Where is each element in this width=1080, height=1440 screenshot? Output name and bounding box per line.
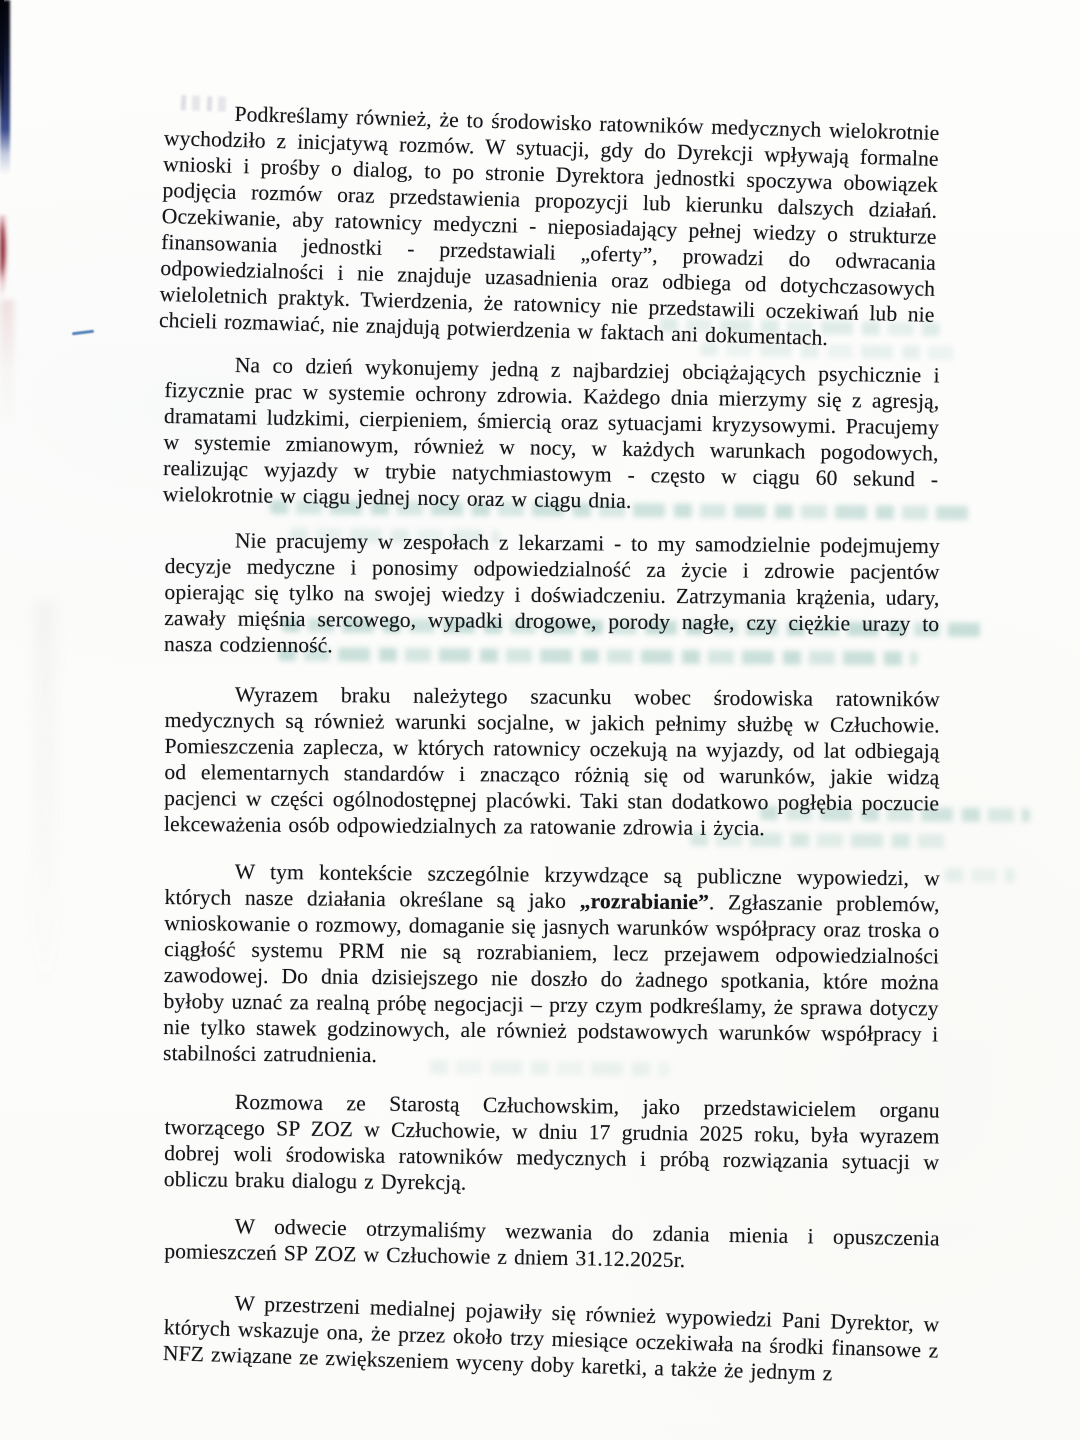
paragraph-media-statements: W przestrzeni medialnej pojawiły się rów… [163, 1288, 940, 1390]
paragraph-text: Rozmowa ze Starostą Człuchowskim, jako p… [164, 1090, 940, 1195]
paragraph-text: W przestrzeni medialnej pojawiły się rów… [163, 1291, 940, 1385]
paragraph-independent-medical-decisions: Nie pracujemy w zespołach z lekarzami - … [164, 527, 940, 663]
paragraph-text: W odwecie otrzymaliśmy wezwania do zdani… [164, 1214, 940, 1272]
paragraph-eviction-notice: W odwecie otrzymaliśmy wezwania do zdani… [164, 1212, 940, 1278]
bleed-through-text-ghost [945, 868, 1015, 883]
paragraph-text: Podkreślamy również, że to środowisko ra… [159, 102, 940, 350]
scan-edge-artifact-pink-fade [0, 300, 14, 430]
paragraph-text: Nie pracujemy w zespołach z lekarzami - … [164, 529, 940, 658]
scan-smudge [34, 600, 56, 1000]
paragraph-text: Na co dzień wykonujemy jedną z najbardzi… [163, 353, 940, 513]
scanned-document-page: Podkreślamy również, że to środowisko ra… [0, 0, 1080, 1440]
scan-edge-artifact-dark-core [0, 0, 4, 120]
paragraph-initiative-of-talks: Podkreślamy również, że to środowisko ra… [159, 99, 940, 354]
emphasized-term: „rozrabianie” [580, 889, 709, 914]
paragraph-text: . Zgłaszanie problemów, wnioskowanie o r… [163, 890, 940, 1067]
paragraph-text: Wyrazem braku należytego szacunku wobec … [164, 682, 940, 840]
blue-pen-mark [72, 330, 94, 335]
paragraph-social-conditions: Wyrazem braku należytego szacunku wobec … [164, 681, 940, 842]
paragraph-meeting-with-starosta: Rozmowa ze Starostą Człuchowskim, jako p… [164, 1088, 940, 1201]
paragraph-public-statements: W tym kontekście szczególnie krzywdzące … [163, 858, 940, 1073]
paragraph-daily-work-conditions: Na co dzień wykonujemy jedną z najbardzi… [163, 351, 940, 518]
